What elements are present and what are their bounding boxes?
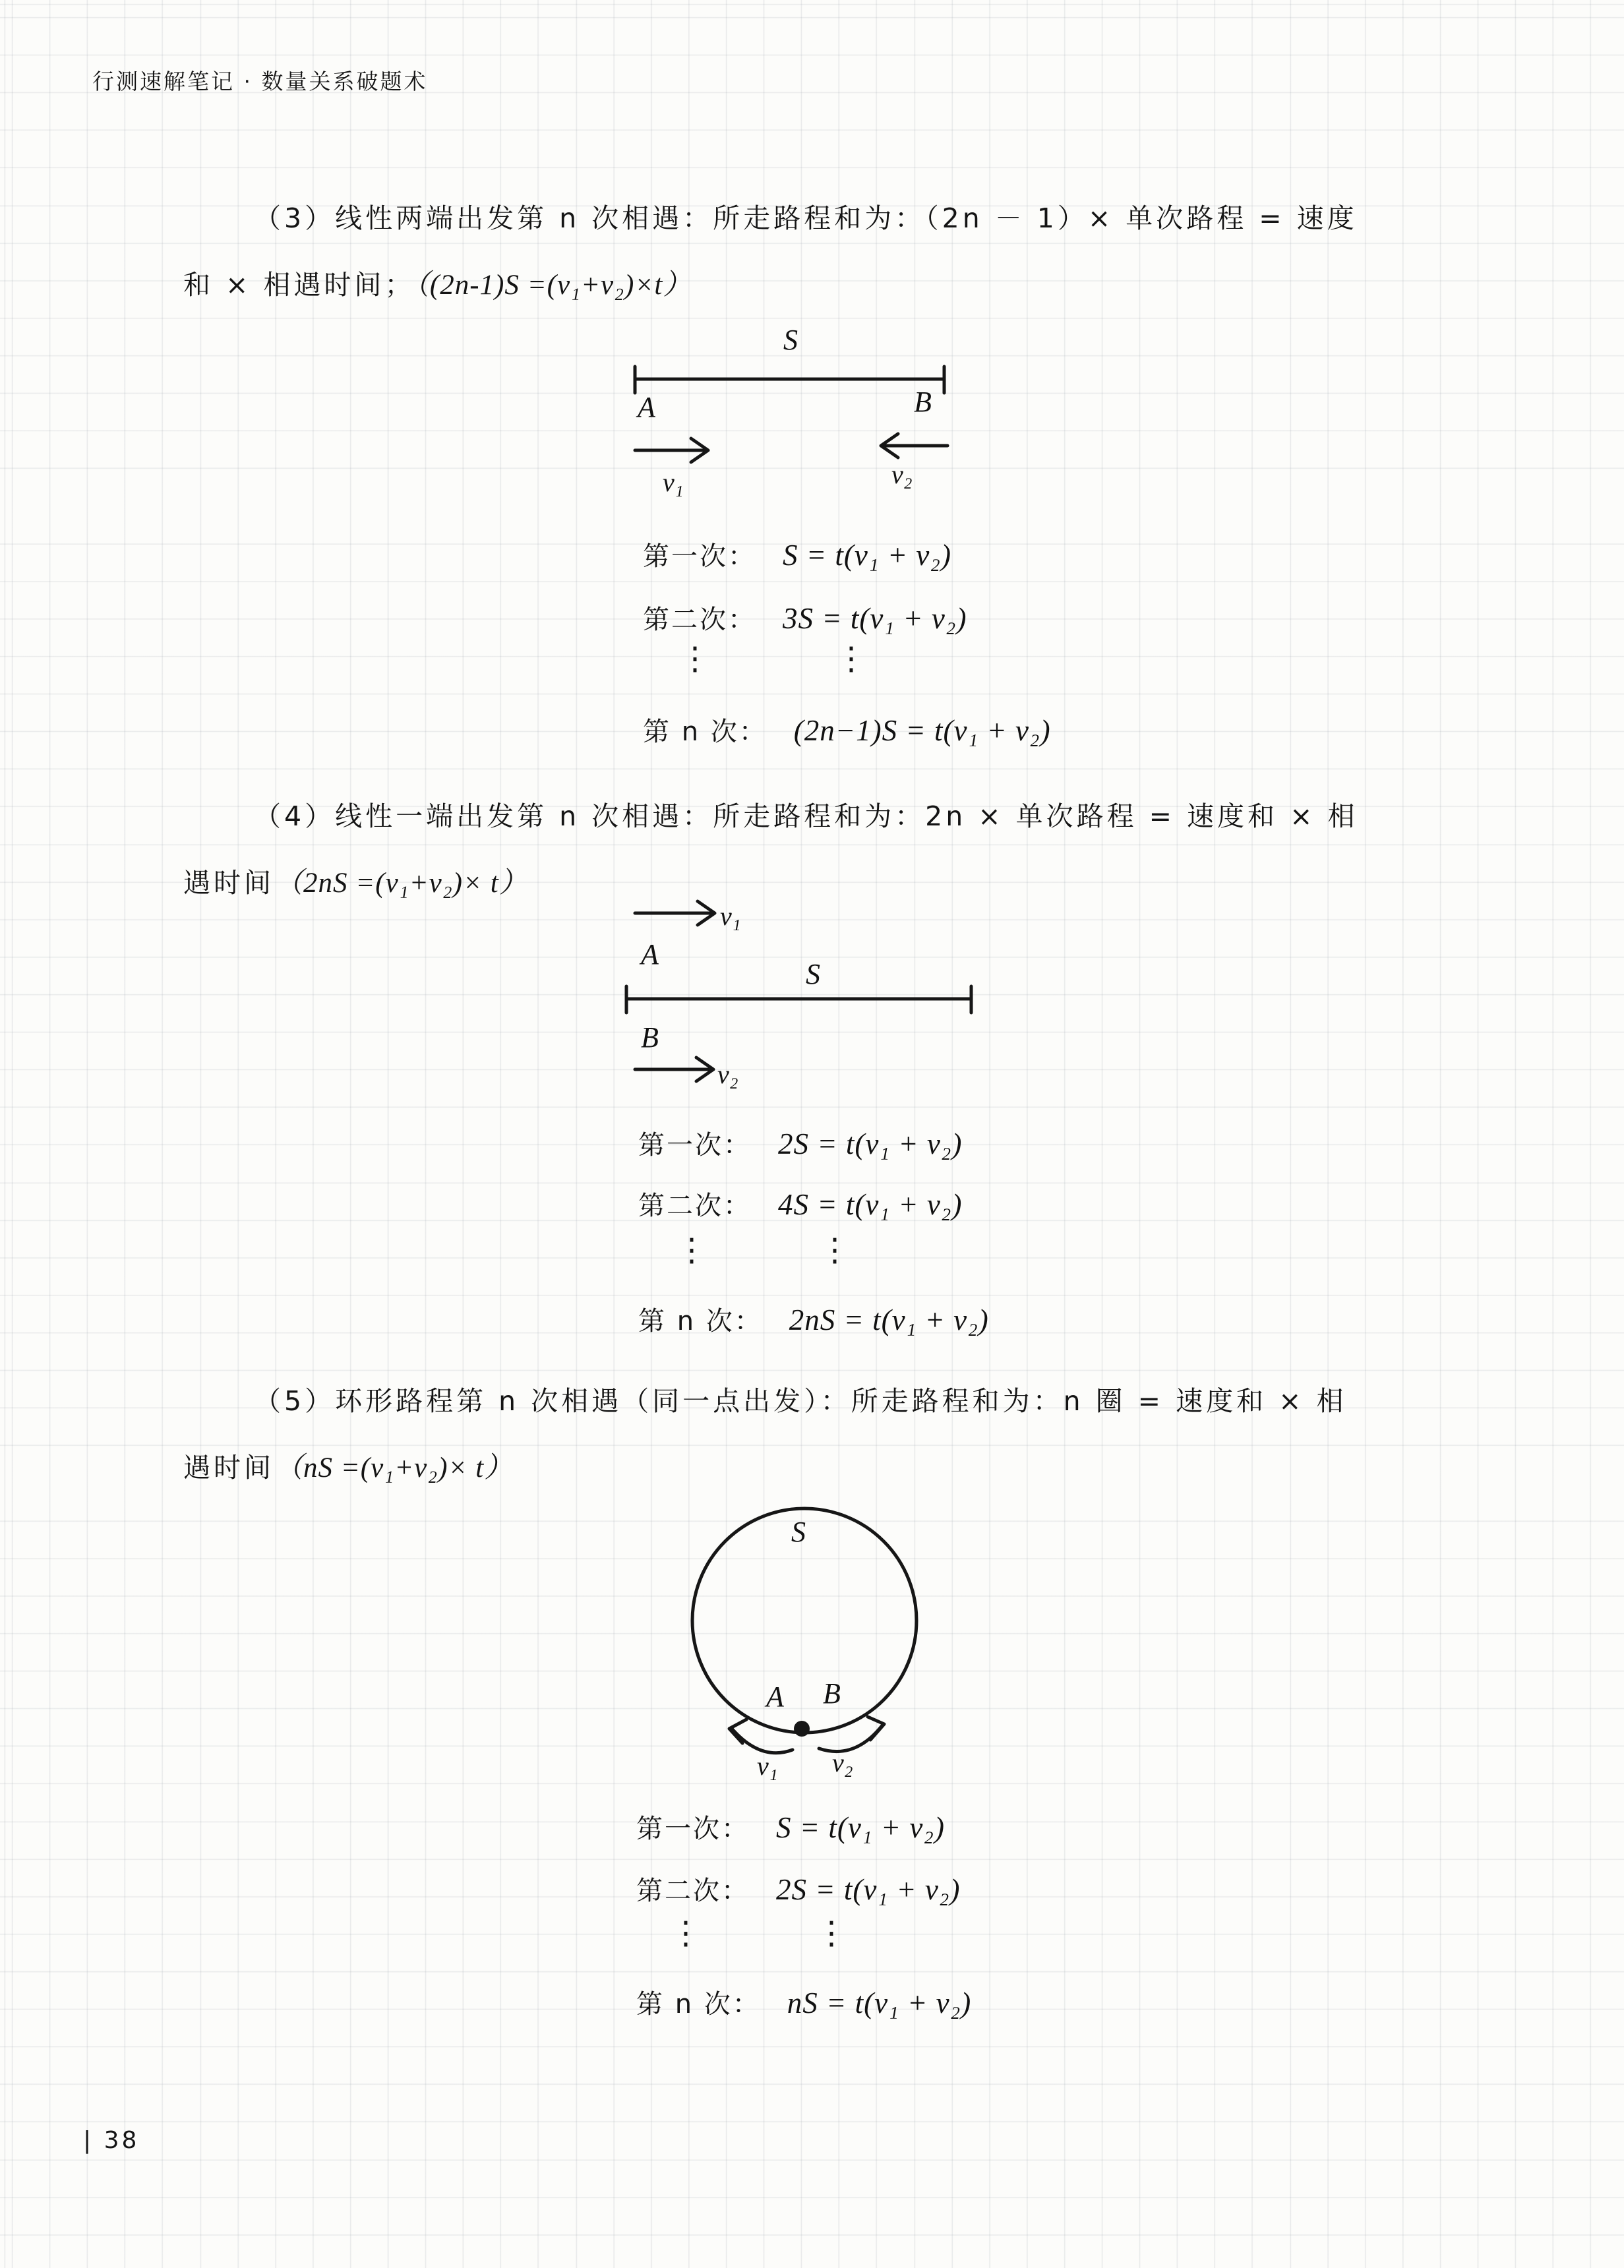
diagram2-v2-label: v₂ (717, 1059, 738, 1090)
formula-row: 第二次： 3S = t(v₁ + v₂) (643, 599, 967, 636)
section-5-line-2: 遇时间（nS =(v₁+v₂)× t） (183, 1445, 513, 1485)
diagram3-point-a-label: A (766, 1680, 784, 1714)
formula-row: 第二次： 2S = t(v₁ + v₂) (636, 1870, 960, 1907)
diagram1-v1-label: v₁ (663, 467, 684, 498)
section-4-line-1: （4）线性一端出发第 n 次相遇：所走路程和为：2n × 单次路程 = 速度和 … (254, 794, 1358, 833)
diagram1-v2-label: v₂ (891, 459, 913, 490)
diagram3-v2-label: v₂ (832, 1747, 853, 1778)
meeting-formula: S = t(v₁ + v₂) (783, 538, 951, 572)
diagram2-distance-label: S (806, 957, 820, 991)
diagram1-point-a-label: A (638, 390, 655, 424)
section-4-line-2: 遇时间（2nS =(v₁+v₂)× t） (183, 860, 528, 901)
section-3-line-2: 和 × 相遇时间；（(2n-1)S =(v₁+v₂)×t） (183, 262, 692, 303)
page-number: | 38 (83, 2127, 139, 2154)
meeting-formula: 2S = t(v₁ + v₂) (776, 1872, 960, 1907)
meeting-ordinal-label: 第一次： (636, 1808, 750, 1845)
meeting-ordinal-label: 第一次： (638, 1124, 752, 1162)
vertical-ellipsis: ⋮ (816, 1917, 847, 1949)
meeting-ordinal-label: 第二次： (638, 1185, 752, 1222)
start-point-dot (794, 1721, 810, 1737)
meeting-ordinal-label: 第 n 次： (638, 1300, 763, 1338)
meeting-formula: 3S = t(v₁ + v₂) (783, 601, 967, 636)
linear-same-end-diagram (613, 897, 989, 1094)
meeting-formula: nS = t(v₁ + v₂) (787, 1986, 971, 2020)
diagram3-point-b-label: B (823, 1677, 841, 1710)
meeting-ordinal-label: 第 n 次： (636, 1983, 761, 2021)
section-3-line-2-text: 和 × 相遇时间； (183, 269, 415, 301)
page-header-title: 行测速解笔记 · 数量关系破题术 (92, 65, 427, 96)
diagram2-v1-label: v₁ (720, 901, 741, 932)
scanned-notes-page: 行测速解笔记 · 数量关系破题术 （3）线性两端出发第 n 次相遇：所走路程和为… (0, 0, 1624, 2268)
diagram1-distance-label: S (783, 323, 798, 357)
section-4-line-2-text: 遇时间 (183, 867, 274, 899)
formula-row: 第一次： S = t(v₁ + v₂) (636, 1808, 945, 1845)
diagram1-point-b-label: B (914, 385, 932, 419)
formula-row: 第 n 次： (2n−1)S = t(v₁ + v₂) (643, 711, 1051, 748)
section-4-line-2-formula: （2nS =(v₁+v₂)× t） (274, 868, 528, 899)
vertical-ellipsis: ⋮ (819, 1234, 851, 1266)
formula-row: 第 n 次： 2nS = t(v₁ + v₂) (638, 1300, 989, 1338)
vertical-ellipsis: ⋮ (835, 643, 867, 674)
meeting-formula: 2nS = t(v₁ + v₂) (789, 1303, 989, 1337)
formula-row: 第二次： 4S = t(v₁ + v₂) (638, 1185, 962, 1222)
section-3-line-2-formula: （(2n-1)S =(v₁+v₂)×t） (415, 270, 692, 301)
meeting-formula: 4S = t(v₁ + v₂) (778, 1187, 962, 1222)
vertical-ellipsis: ⋮ (676, 1234, 707, 1266)
meeting-formula: S = t(v₁ + v₂) (776, 1810, 945, 1845)
meeting-ordinal-label: 第 n 次： (643, 711, 767, 748)
vertical-ellipsis: ⋮ (670, 1917, 702, 1949)
formula-row: 第一次： 2S = t(v₁ + v₂) (638, 1124, 962, 1162)
formula-row: 第一次： S = t(v₁ + v₂) (643, 535, 951, 573)
circular-track-diagram (679, 1497, 956, 1787)
meeting-formula: (2n−1)S = t(v₁ + v₂) (794, 713, 1051, 748)
diagram2-point-a-label: A (641, 938, 659, 971)
diagram3-distance-label: S (791, 1515, 806, 1549)
diagram2-point-b-label: B (641, 1021, 659, 1054)
section-5-line-2-formula: （nS =(v₁+v₂)× t） (274, 1452, 513, 1483)
section-3-line-1: （3）线性两端出发第 n 次相遇：所走路程和为：（2n － 1）× 单次路程 =… (254, 196, 1358, 235)
diagram3-v1-label: v₁ (757, 1750, 778, 1781)
meeting-ordinal-label: 第二次： (643, 599, 756, 636)
meeting-formula: 2S = t(v₁ + v₂) (778, 1127, 962, 1161)
meeting-ordinal-label: 第一次： (643, 535, 756, 573)
vertical-ellipsis: ⋮ (679, 643, 711, 674)
section-5-line-2-text: 遇时间 (183, 1452, 274, 1483)
meeting-ordinal-label: 第二次： (636, 1870, 750, 1907)
formula-row: 第 n 次： nS = t(v₁ + v₂) (636, 1983, 971, 2021)
section-5-line-1: （5）环形路程第 n 次相遇（同一点出发）：所走路程和为：n 圈 = 速度和 ×… (254, 1379, 1347, 1418)
